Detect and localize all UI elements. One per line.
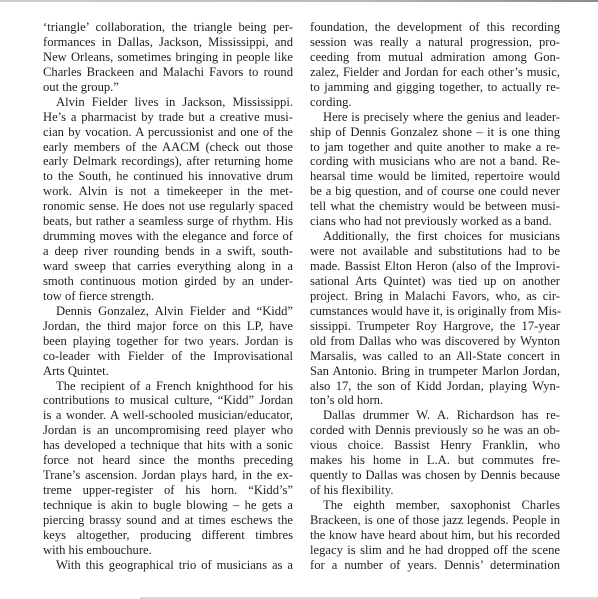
text-line: piercing brassy sound and at times esche… — [43, 513, 293, 528]
text-line: He’s a pharmacist by trade but a creativ… — [43, 110, 293, 125]
text-column-right: foundation, the development of this reco… — [310, 20, 560, 573]
text-line: to jam together and quite another to mak… — [310, 140, 560, 155]
paragraph: The eighth member, saxophonist Charles B… — [310, 498, 560, 573]
text-line: keys altogether, producing different tim… — [43, 528, 293, 543]
text-line: Dennis Gonzalez, Alvin Fielder and “Kidd… — [43, 304, 293, 319]
paragraph: foundation, the development of this reco… — [310, 20, 560, 110]
text-line: ward sweep that carries everything along… — [43, 259, 293, 274]
text-line: contributions to musical culture, “Kidd”… — [43, 393, 293, 408]
text-line: Dallas drummer W. A. Richardson has re- — [310, 408, 560, 423]
text-line: sissippi. Trumpeter Roy Hargrove, the 17… — [310, 319, 560, 334]
paragraph: Alvin Fielder lives in Jackson, Mississi… — [43, 95, 293, 304]
text-line: quently to Dallas was chosen by Dennis b… — [310, 468, 560, 483]
scan-top-edge — [0, 0, 598, 2]
text-line: also 17, the son of Kidd Jordan, playing… — [310, 379, 560, 394]
text-line: sational Arts Quintet) was tied up on an… — [310, 274, 560, 289]
text-line: co-leader with Fielder of the Improvisat… — [43, 349, 293, 364]
paragraph: With this geographical trio of musicians… — [43, 558, 293, 573]
text-line: early Delmark recordings), after returni… — [43, 154, 293, 169]
text-line: beats, but rather a seamless surge of rh… — [43, 214, 293, 229]
text-line: formances in Dallas, Jackson, Mississipp… — [43, 35, 293, 50]
text-line: Additionally, the first choices for musi… — [310, 229, 560, 244]
text-line: is a wonder. A well-schooled musician/ed… — [43, 408, 293, 423]
text-line: technique is akin to bugle blowing – he … — [43, 498, 293, 513]
text-line: zalez, Fielder and Jordan for each other… — [310, 65, 560, 80]
text-line: treme upper-register of his horn. “Kidd’… — [43, 483, 293, 498]
text-line: to the South, he continued his innovativ… — [43, 169, 293, 184]
text-line: The recipient of a French knighthood for… — [43, 379, 293, 394]
text-line: to jamming and gigging together, to actu… — [310, 80, 560, 95]
text-line: corded with Dennis previously so he was … — [310, 423, 560, 438]
text-line: old from Dallas who was discovered by Wy… — [310, 334, 560, 349]
paragraph: The recipient of a French knighthood for… — [43, 379, 293, 558]
text-line: of his flexibility. — [310, 483, 560, 498]
text-line: with his embouchure. — [43, 543, 293, 558]
text-line: the know have heard about him, but his r… — [310, 528, 560, 543]
text-line: for a number of years. Dennis’ determina… — [310, 558, 560, 573]
text-line: legacy is slim and he had dropped off th… — [310, 543, 560, 558]
text-line: been playing together for two years. Jor… — [43, 334, 293, 349]
text-line: With this geographical trio of musicians… — [43, 558, 293, 573]
text-line: cians who had not previously worked as a… — [310, 214, 560, 229]
text-line: The eighth member, saxophonist Charles — [310, 498, 560, 513]
text-line: early members of the AACM (check out tho… — [43, 140, 293, 155]
text-line: vious choice. Bassist Henry Franklin, wh… — [310, 438, 560, 453]
text-line: made. Bassist Elton Heron (also of the I… — [310, 259, 560, 274]
text-line: Jordan is an uncompromising reed player … — [43, 423, 293, 438]
text-line: Here is precisely where the genius and l… — [310, 110, 560, 125]
text-line: Marsalis, was called to an All-State con… — [310, 349, 560, 364]
text-line: makes his home in L.A. but commutes fre- — [310, 453, 560, 468]
text-line: cian by vocation. A percussionist and on… — [43, 125, 293, 140]
text-line: hearsal time would be limited, repertoir… — [310, 169, 560, 184]
text-line: has developed a technique that hits with… — [43, 438, 293, 453]
text-line: ronomic sense. He does not use regularly… — [43, 199, 293, 214]
text-line: cording with musicians who are not a ban… — [310, 154, 560, 169]
paragraph: Here is precisely where the genius and l… — [310, 110, 560, 230]
text-line: New Orleans, sometimes bringing in peopl… — [43, 50, 293, 65]
text-line: ‘triangle’ collaboration, the triangle b… — [43, 20, 293, 35]
text-line: force not heard since the months precedi… — [43, 453, 293, 468]
paragraph: Additionally, the first choices for musi… — [310, 229, 560, 408]
text-line: ship of Dennis Gonzalez shone – it is on… — [310, 125, 560, 140]
text-line: Jordan, the third major force on this LP… — [43, 319, 293, 334]
text-line: Charles Brackeen and Malachi Favors to r… — [43, 65, 293, 80]
text-column-left: ‘triangle’ collaboration, the triangle b… — [43, 20, 293, 573]
text-line: drumming moves with the elegance and for… — [43, 229, 293, 244]
text-line: foundation, the development of this reco… — [310, 20, 560, 35]
text-line: Arts Quintet. — [43, 364, 293, 379]
text-line: Alvin Fielder lives in Jackson, Mississi… — [43, 95, 293, 110]
text-line: ceeding from mutual admiration among Gon… — [310, 50, 560, 65]
text-line: cumstances would have it, is originally … — [310, 304, 560, 319]
paragraph: ‘triangle’ collaboration, the triangle b… — [43, 20, 293, 95]
text-line: Brackeen, is one of those jazz legends. … — [310, 513, 560, 528]
text-line: smoth continuous motion girded by an und… — [43, 274, 293, 289]
text-line: work. Alvin is not a timekeeper in the m… — [43, 184, 293, 199]
text-line: out the group.” — [43, 80, 293, 95]
text-line: tow of fierce strength. — [43, 289, 293, 304]
text-line: be a big question, and of course one cou… — [310, 184, 560, 199]
paragraph: Dallas drummer W. A. Richardson has re- … — [310, 408, 560, 498]
text-line: Trane’s ascension. Jordan plays hard, in… — [43, 468, 293, 483]
text-line: a deep river rounding bends in a swift, … — [43, 244, 293, 259]
text-line: were not available and substitutions had… — [310, 244, 560, 259]
text-line: project. Bring in Malachi Favors, who, a… — [310, 289, 560, 304]
paragraph: Dennis Gonzalez, Alvin Fielder and “Kidd… — [43, 304, 293, 379]
text-line: session was really a natural progression… — [310, 35, 560, 50]
text-line: ton’s old horn. — [310, 393, 560, 408]
text-line: cording. — [310, 95, 560, 110]
text-line: tell what the chemistry would be between… — [310, 199, 560, 214]
text-line: San Antonio. Bring in trumpeter Marlon J… — [310, 364, 560, 379]
